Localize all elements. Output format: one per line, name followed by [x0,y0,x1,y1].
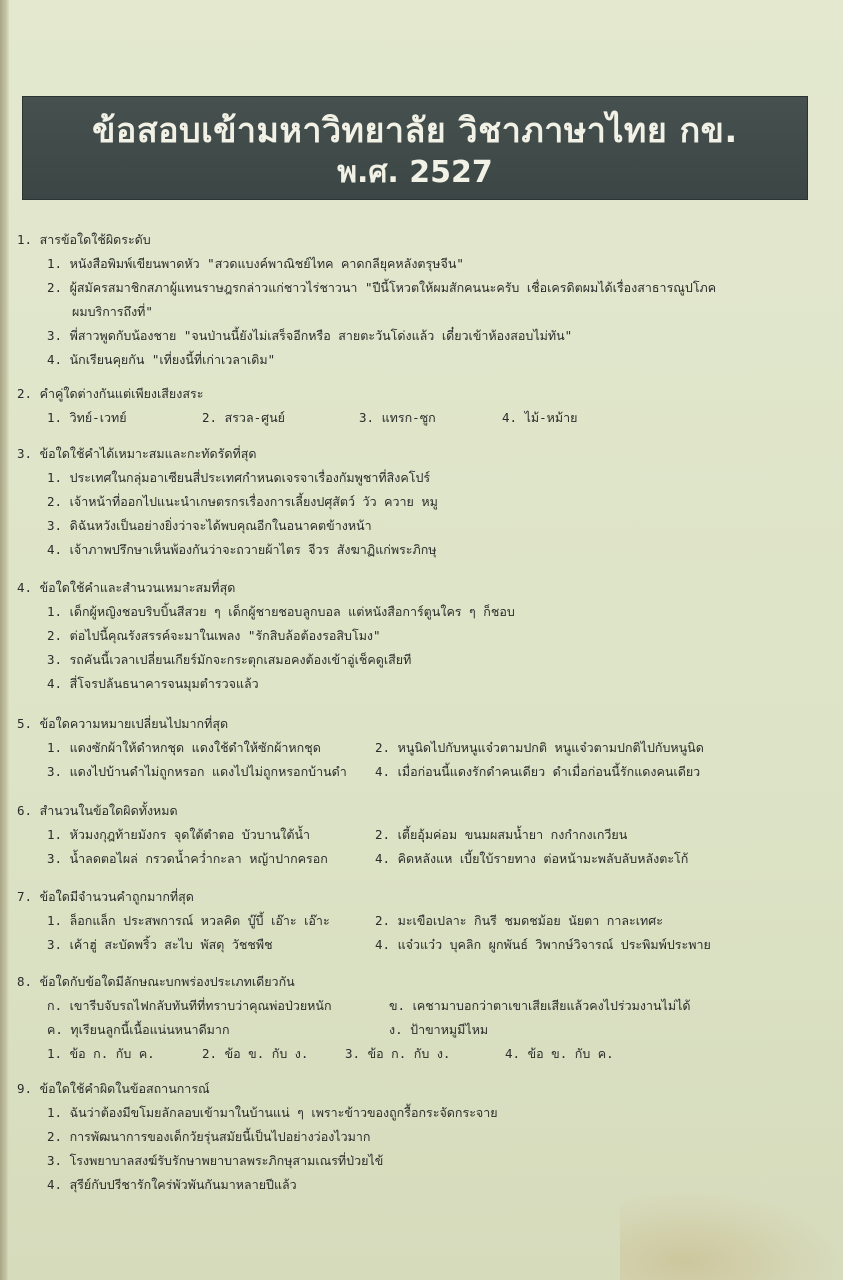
answer-option: 1. ล็อกแล็ก ประสพการณ์ หวลคิด บู๊บี้ เอ๊… [47,909,375,933]
answer-option: 3. รถคันนี้เวลาเปลี่ยนเกียร์มักจะกระตุกเ… [17,648,515,672]
answer-option: 1. ข้อ ก. กับ ค. [47,1042,202,1066]
exam-year: พ.ศ. 2527 [23,153,807,193]
answer-options-row: 1. ล็อกแล็ก ประสพการณ์ หวลคิด บู๊บี้ เอ๊… [17,909,711,933]
question-1: 1. สารข้อใดใช้ผิดระดับ 1. หนังสือพิมพ์เข… [17,228,716,372]
answer-option: 4. ข้อ ข. กับ ค. [505,1042,614,1066]
answer-option: 1. วิทย์-เวทย์ [47,406,202,430]
answer-option: 2. ต่อไปนี้คุณรังสรรค์จะมาในเพลง "รักสิบ… [17,624,515,648]
answer-option: 4. สี่โจรปล้นธนาคารจนมุมตำรวจแล้ว [17,672,515,696]
answer-option: 2. เตี้ยอุ้มค่อม ขนมผสมน้ำยา กงกำกงเกวีย… [375,823,627,847]
answer-options-row: 3. เค้าฮู่ สะบัดพริ้ว สะไบ พัสดุ วัชชพืช… [17,933,711,957]
answer-option: 2. เจ้าหน้าที่ออกไปแนะนำเกษตรกรเรื่องการ… [17,490,438,514]
answer-option: 2. สรวล-ศูนย์ [202,406,359,430]
answer-option-continuation: ผมบริการถึงที่" [17,300,716,324]
answer-option: 4. คิดหลังแห เบี้ยใบ้รายทาง ต่อหน้ามะพลั… [375,847,688,871]
answer-option: 2. ข้อ ข. กับ ง. [202,1042,345,1066]
question-prompt: 5. ข้อใดความหมายเปลี่ยนไปมากที่สุด [17,712,704,736]
question-9: 9. ข้อใดใช้คำผิดในข้อสถานการณ์ 1. ฉันว่า… [17,1077,498,1197]
answer-option: 1. ประเทศในกลุ่มอาเซียนสี่ประเทศกำหนดเจร… [17,466,438,490]
answer-option: 1. หัวมงกุฎท้ายมังกร จุดใต้ตำตอ บัวบานใต… [47,823,375,847]
statement: ค. ทุเรียนลูกนี้เนื้อแน่นหนาดีมาก [47,1018,389,1042]
question-prompt: 2. คำคู่ใดต่างกันแต่เพียงเสียงสระ [17,382,577,406]
answer-option: 4. สุรีย์กับปรีชารักใคร่พัวพันกันมาหลายป… [17,1173,498,1197]
answer-options-row: 1. แดงซักผ้าให้ดำหกชุด แดงใช้ดำให้ซักผ้า… [17,736,704,760]
answer-options-row: 1. หัวมงกุฎท้ายมังกร จุดใต้ตำตอ บัวบานใต… [17,823,688,847]
answer-option: 2. หนูนิดไปกับหนูแจ๋วตามปกติ หนูแจ๋วตามป… [375,736,704,760]
answer-options-row: 1. ข้อ ก. กับ ค. 2. ข้อ ข. กับ ง. 3. ข้อ… [17,1042,690,1066]
statement: ง. ป้าขาหมูมีไหม [389,1018,488,1042]
question-prompt: 9. ข้อใดใช้คำผิดในข้อสถานการณ์ [17,1077,498,1101]
question-7: 7. ข้อใดมีจำนวนคำถูกมากที่สุด 1. ล็อกแล็… [17,885,711,957]
answer-option: 1. ฉันว่าต้องมีขโมยลักลอบเข้ามาในบ้านแน่… [17,1101,498,1125]
question-2: 2. คำคู่ใดต่างกันแต่เพียงเสียงสระ 1. วิท… [17,382,577,430]
answer-option: 3. แดงไปบ้านดำไม่ถูกหรอก แดงไปไม่ถูกหรอก… [47,760,375,784]
question-prompt: 8. ข้อใดกับข้อใดมีลักษณะบกพร่องประเภทเดี… [17,970,690,994]
question-3: 3. ข้อใดใช้คำได้เหมาะสมและกะทัดรัดที่สุด… [17,442,438,562]
question-8: 8. ข้อใดกับข้อใดมีลักษณะบกพร่องประเภทเดี… [17,970,690,1066]
answer-option: 4. เมื่อก่อนนี้แดงรักดำคนเดียว ดำเมื่อก่… [375,760,700,784]
statements-row: ก. เขารีบจับรถไฟกลับทันทีที่ทราบว่าคุณพ่… [17,994,690,1018]
answer-option: 2. ผู้สมัครสมาชิกสภาผู้แทนราษฎรกล่าวแก่ช… [17,276,716,300]
answer-option: 2. การพัฒนาการของเด็กวัยรุ่นสมัยนี้เป็นไ… [17,1125,498,1149]
answer-option: 1. แดงซักผ้าให้ดำหกชุด แดงใช้ดำให้ซักผ้า… [47,736,375,760]
answer-option: 2. มะเขือเปลาะ กินรี ชมดชม้อย นัยตา กาละ… [375,909,663,933]
answer-option: 4. นักเรียนคุยกัน "เที่ยงนี้ที่เก่าเวลาเ… [17,348,716,372]
answer-option: 3. แทรก-ซูก [359,406,502,430]
answer-option: 3. เค้าฮู่ สะบัดพริ้ว สะไบ พัสดุ วัชชพืช [47,933,375,957]
page-binding-edge [0,0,9,1280]
answer-options-row: 1. วิทย์-เวทย์ 2. สรวล-ศูนย์ 3. แทรก-ซูก… [17,406,577,430]
statement: ข. เคชามาบอกว่าตาเขาเสียเสียแล้วคงไปร่วม… [389,994,690,1018]
answer-option: 4. ไม้-หม้าย [502,406,577,430]
statements-row: ค. ทุเรียนลูกนี้เนื้อแน่นหนาดีมาก ง. ป้า… [17,1018,690,1042]
question-6: 6. สำนวนในข้อใดผิดทั้งหมด 1. หัวมงกุฎท้า… [17,799,688,871]
answer-options-row: 3. แดงไปบ้านดำไม่ถูกหรอก แดงไปไม่ถูกหรอก… [17,760,704,784]
answer-option: 4. เจ้าภาพปรึกษาเห็นพ้องกันว่าจะถวายผ้าไ… [17,538,438,562]
answer-option: 1. เด็กผู้หญิงชอบริบบิ้นสีสวย ๆ เด็กผู้ช… [17,600,515,624]
answer-option: 3. ข้อ ก. กับ ง. [345,1042,505,1066]
answer-option: 3. โรงพยาบาลสงฆ์รับรักษาพยาบาลพระภิกษุสา… [17,1149,498,1173]
answer-option: 4. แจ๋วแว๋ว บุคลิก ผูกพันธ์ วิพากษ์วิจาร… [375,933,711,957]
statement: ก. เขารีบจับรถไฟกลับทันทีที่ทราบว่าคุณพ่… [47,994,389,1018]
question-prompt: 6. สำนวนในข้อใดผิดทั้งหมด [17,799,688,823]
answer-option: 3. น้ำลดตอไผล่ กรวดน้ำคว่ำกะลา หญ้าปากคร… [47,847,375,871]
question-prompt: 1. สารข้อใดใช้ผิดระดับ [17,228,716,252]
question-5: 5. ข้อใดความหมายเปลี่ยนไปมากที่สุด 1. แด… [17,712,704,784]
paper-stain [620,1190,840,1280]
exam-title: ข้อสอบเข้ามหาวิทยาลัย วิชาภาษาไทย กข. [23,111,807,151]
answer-options-row: 3. น้ำลดตอไผล่ กรวดน้ำคว่ำกะลา หญ้าปากคร… [17,847,688,871]
question-prompt: 3. ข้อใดใช้คำได้เหมาะสมและกะทัดรัดที่สุด [17,442,438,466]
answer-option: 3. ดิฉันหวังเป็นอย่างยิ่งว่าจะได้พบคุณอี… [17,514,438,538]
answer-option: 1. หนังสือพิมพ์เขียนพาดหัว "สวดแบงค์พาณิ… [17,252,716,276]
question-prompt: 4. ข้อใดใช้คำและสำนวนเหมาะสมที่สุด [17,576,515,600]
exam-title-banner: ข้อสอบเข้ามหาวิทยาลัย วิชาภาษาไทย กข. พ.… [22,96,808,200]
question-4: 4. ข้อใดใช้คำและสำนวนเหมาะสมที่สุด 1. เด… [17,576,515,696]
answer-option: 3. พี่สาวพูดกับน้องชาย "จนป่านนี้ยังไม่เ… [17,324,716,348]
question-prompt: 7. ข้อใดมีจำนวนคำถูกมากที่สุด [17,885,711,909]
